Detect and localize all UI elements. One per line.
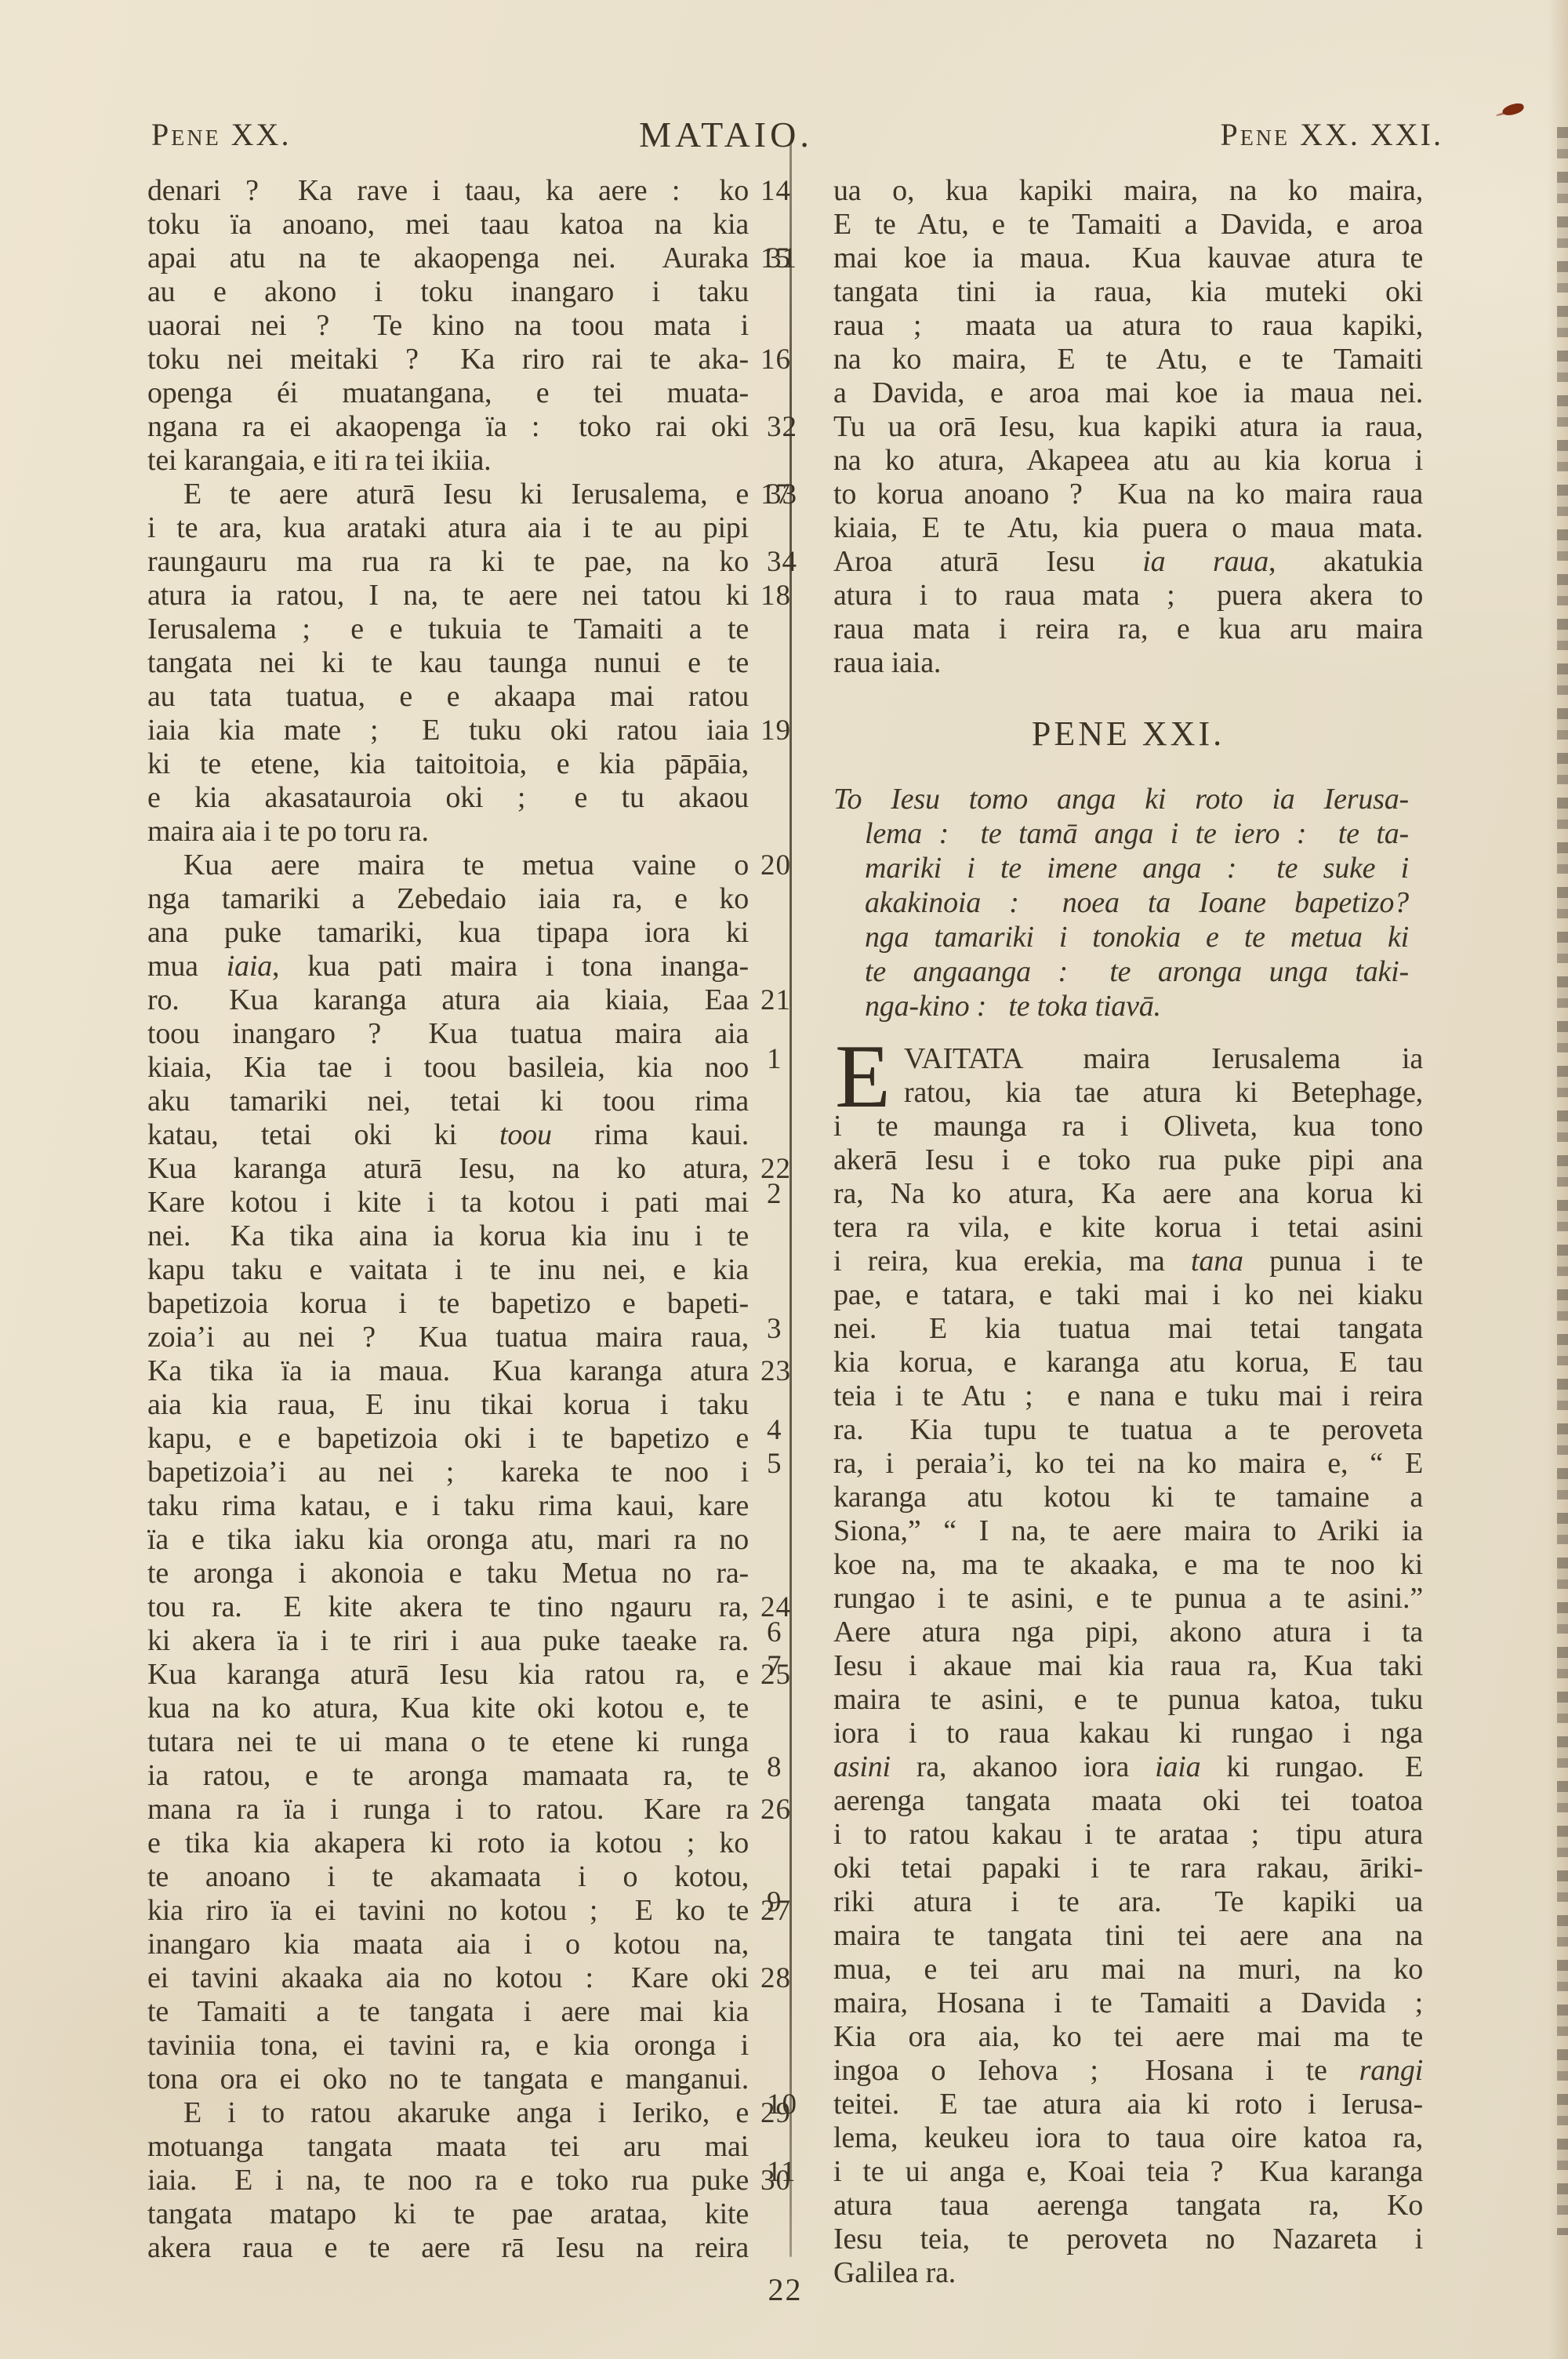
text-line: oki tetai papaki i te rara rakau, āriki- (833, 1852, 1423, 1885)
text-line: 26mana ra ïa i runga i to ratou. Kare ra (147, 1793, 749, 1826)
text-line: tona ora ei oko no te tangata e manganui… (147, 2063, 749, 2096)
text-line: i reira, kua erekia, ma tana punua i te (833, 1245, 1423, 1278)
text-line: mua, e tei aru mai na muri, na ko (833, 1953, 1423, 1986)
verse-number: 16 (760, 343, 815, 376)
text-line: tei karangaia, e iti ra tei ikiia. (147, 444, 749, 478)
text-line: katau, tetai oki ki toou rima kaui. (147, 1118, 749, 1152)
verse-number: 32 (767, 410, 829, 444)
text-line: ngana ra ei akaopenga ïa : toko rai oki (147, 410, 749, 444)
verse-number: 21 (760, 983, 815, 1017)
text-line: Kia ora aia, ko tei aere mai ma te (833, 2020, 1423, 2054)
text-line: 31mai koe ia maua. Kua kauvae atura te (833, 242, 1423, 275)
left-column-text: 14denari ? Ka rave i taau, ka aere : kot… (147, 174, 749, 2265)
text-line: e tika kia akapera ki roto ia kotou ; ko (147, 1826, 749, 1860)
text-line: kiaia, E te Atu, kia puera o maua mata. (833, 511, 1423, 545)
text-line: 9riki atura i te ara. Te kapiki ua (833, 1885, 1423, 1919)
text-line: te aronga i akonoia e taku Metua no ra- (147, 1557, 749, 1590)
verse-number: 5 (767, 1447, 829, 1481)
red-ink-speck (1501, 102, 1525, 117)
text-line: aerenga tangata maata oki tei toatoa (833, 1784, 1423, 1818)
text-line: inangaro kia maata aia i o kotou na, (147, 1928, 749, 1961)
text-line: ana puke tamariki, kua tipapa iora ki (147, 916, 749, 950)
verse-number: 10 (767, 2088, 829, 2121)
text-line: pae, e tatara, e taki mai i ko nei kiaku (833, 1278, 1423, 1312)
verse-number: 7 (767, 1649, 829, 1683)
text-line: nga tamariki i tonokia e te metua ki (833, 920, 1409, 954)
text-line: lema, keukeu iora to taua oire katoa ra, (833, 2121, 1423, 2155)
verse-number: 19 (760, 714, 815, 747)
text-line: aku tamariki nei, tetai ki toou rima (147, 1085, 749, 1118)
text-line: Iesu teia, te peroveta no Nazareta i (833, 2223, 1423, 2256)
text-line: akera raua e te aere rā Iesu na reira (147, 2231, 749, 2265)
text-line: To Iesu tomo anga ki roto ia Ierusa- (833, 782, 1409, 816)
verse-number: 11 (767, 2155, 829, 2189)
text-line: kapu, e e bapetizoia oki i te bapetizo e (147, 1422, 749, 1456)
text-line: 34Aroa aturā Iesu ia raua, akatukia (833, 545, 1423, 579)
verse-number: 6 (767, 1616, 829, 1649)
text-line: motuanga tangata maata tei aru mai (147, 2130, 749, 2164)
text-line: 7Iesu i akaue mai kia raua ra, Kua taki (833, 1649, 1423, 1683)
text-line: E te Atu, e te Tamaiti a Davida, e aroa (833, 208, 1423, 242)
text-line: a Davida, e aroa mai koe ia maua nei. (833, 376, 1423, 410)
text-line: tera ra vila, e kite korua i tetai asini (833, 1211, 1423, 1245)
text-line: Ierusalema ; e e tukuia te Tamaiti a te (147, 612, 749, 646)
text-line: nga-kino : te toka tiavā. (833, 989, 1409, 1023)
text-line: 33to korua anoano ? Kua na ko maira raua (833, 478, 1423, 511)
text-line: mua iaia, kua pati maira i tona inanga- (147, 950, 749, 983)
verse-number: 33 (767, 478, 829, 511)
text-line: 5ra, i peraia’i, ko tei na ko maira e, “… (833, 1447, 1423, 1481)
text-line: 14denari ? Ka rave i taau, ka aere : ko (147, 174, 749, 208)
verse-number: 34 (767, 545, 829, 579)
chapter-heading: PENE XXI. (833, 714, 1423, 758)
verse-number: 4 (767, 1413, 829, 1447)
text-line: karanga atu kotou ki te tamaine a (833, 1481, 1423, 1514)
text-line: i te maunga ra i Oliveta, kua tono (833, 1110, 1423, 1143)
running-head-title: MATAIO. (639, 116, 813, 154)
text-line: 15apai atu na te akaopenga nei. Auraka (147, 242, 749, 275)
text-line: zoia’i au nei ? Kua tuatua maira raua, (147, 1321, 749, 1354)
text-line: na ko maira, E te Atu, e te Tamaiti (833, 343, 1423, 376)
verse-number: 31 (767, 242, 829, 275)
text-line: bapetizoia korua i te bapetizo e bapeti- (147, 1287, 749, 1321)
running-head-left: Pene XX. (151, 116, 291, 154)
verse-number: 14 (760, 174, 815, 208)
text-line: 28ei tavini akaaka aia no kotou : Kare o… (147, 1961, 749, 1995)
text-line: mariki i te imene anga : te suke i (833, 851, 1409, 885)
text-line: ïa e tika iaku kia oronga atu, mari ra n… (147, 1523, 749, 1557)
text-line: ki te etene, kia taitoitoia, e kia pāpāi… (147, 747, 749, 781)
text-line: taku rima katau, e i taku rima kaui, kar… (147, 1489, 749, 1523)
text-line: 20Kua aere maira te metua vaine o (147, 849, 749, 882)
text-line: akakinoia : noea ta Ioane bapetizo? (833, 885, 1409, 920)
text-line: na ko atura, Akapeea atu au kia korua i (833, 444, 1423, 478)
verse-number: 26 (760, 1793, 815, 1826)
verse-number: 9 (767, 1885, 829, 1919)
verse-number: 28 (760, 1961, 815, 1995)
text-line: i te ara, kua arataki atura aia i te au … (147, 511, 749, 545)
text-line: maira aia i te po toru ra. (147, 815, 749, 849)
right-column-text-part1: ua o, kua kapiki maira, na ko maira,E te… (833, 174, 1423, 680)
text-line: koe na, ma te akaaka, e ma te noo ki (833, 1548, 1423, 1582)
scanned-page: Pene XX. MATAIO. Pene XX. XXI. 14denari … (0, 0, 1568, 2359)
text-line: au tata tuatua, e e akaapa mai ratou (147, 680, 749, 714)
text-line: rungao i te asini, e te punua a te asini… (833, 1582, 1423, 1616)
text-line: 19iaia kia mate ; E tuku oki ratou iaia (147, 714, 749, 747)
text-line: au e akono i toku inangaro i taku (147, 275, 749, 309)
text-line: 23Ka tika ïa ia maua. Kua karanga atura (147, 1354, 749, 1388)
page-edge-marks (1557, 118, 1568, 2235)
text-line: tangata nei ki te kau taunga nunui e te (147, 646, 749, 680)
text-line: 6Aere atura nga pipi, akono atura i ta (833, 1616, 1423, 1649)
text-line: te anoano i te akamaata i o kotou, (147, 1860, 749, 1894)
text-line: toou inangaro ? Kua tuatua maira aia (147, 1017, 749, 1051)
text-line: kapu taku e vaitata i te inu nei, e kia (147, 1253, 749, 1287)
text-line: taviniia tona, ei tavini ra, e kia orong… (147, 2029, 749, 2063)
text-line: tangata matapo ki te pae arataa, kite (147, 2197, 749, 2231)
text-line: kiaia, Kia tae i toou basileia, kia noo (147, 1051, 749, 1085)
text-line: ua o, kua kapiki maira, na ko maira, (833, 174, 1423, 208)
text-line: Kare kotou i kite i ta kotou i pati mai (147, 1186, 749, 1219)
text-line: raua ; maata ua atura to raua kapiki, (833, 309, 1423, 343)
text-line: atura taua aerenga tangata ra, Ko (833, 2189, 1423, 2223)
text-line: 21ro. Kua karanga atura aia kiaia, Eaa (147, 983, 749, 1017)
text-line: iora i to raua kakau ki rungao i nga (833, 1717, 1423, 1750)
verse-number: 20 (760, 849, 815, 882)
verse-number: 23 (760, 1354, 815, 1388)
text-line: 3nei. E kia tuatua mai tetai tangata (833, 1312, 1423, 1346)
text-line: teia i te Atu ; e nana e tuku mai i reir… (833, 1379, 1423, 1413)
text-line: 24tou ra. E kite akera te tino ngauru ra… (147, 1590, 749, 1624)
text-line: openga éi muatangana, e tei muata- (147, 376, 749, 410)
verse-number: 8 (767, 1750, 829, 1784)
text-line: 27kia riro ïa ei tavini no kotou ; E ko … (147, 1894, 749, 1928)
text-line: 16toku nei meitaki ? Ka riro rai te aka- (147, 343, 749, 376)
text-line: atura i to raua mata ; puera akera to (833, 579, 1423, 612)
text-line: bapetizoia’i au nei ; kareka te noo i (147, 1456, 749, 1489)
running-head-right: Pene XX. XXI. (1220, 116, 1443, 154)
text-line: te angaanga : te aronga unga taki- (833, 954, 1409, 989)
verse-number: 18 (760, 579, 815, 612)
right-column: ua o, kua kapiki maira, na ko maira,E te… (833, 174, 1423, 2290)
text-line: raungauru ma rua ra ki te pae, na ko (147, 545, 749, 579)
verse-number: 3 (767, 1312, 829, 1346)
verse-number: 1 (767, 1042, 829, 1076)
text-line: maira, Hosana i te Tamaiti a Davida ; (833, 1986, 1423, 2020)
text-line: 8asini ra, akanoo iora iaia ki rungao. E (833, 1750, 1423, 1784)
text-line: 17E te aere aturā Iesu ki Ierusalema, e (147, 478, 749, 511)
text-line: aia kia raua, E inu tikai korua i taku (147, 1388, 749, 1422)
text-line: 1VAITATA maira Ierusalema ia (833, 1042, 1423, 1076)
text-line: ia ratou, e te aronga mamaata ra, te (147, 1759, 749, 1793)
text-line: uaorai nei ? Te kino na toou mata i (147, 309, 749, 343)
text-line: nga tamariki a Zebedaio iaia ra, e ko (147, 882, 749, 916)
text-line: ingoa o Iehova ; Hosana i te rangi (833, 2054, 1423, 2088)
text-line: kia korua, e karanga atu korua, E tau (833, 1346, 1423, 1379)
text-line: ratou, kia tae atura ki Betephage, (833, 1076, 1423, 1110)
text-line: 11i te ui anga e, Koai teia ? Kua karang… (833, 2155, 1423, 2189)
verse-number: 2 (767, 1177, 829, 1211)
text-line: e kia akasatauroia oki ; e tu akaou (147, 781, 749, 815)
text-line: lema : te tamā anga i te iero : te ta- (833, 816, 1409, 851)
text-line: maira te asini, e te punua katoa, tuku (833, 1683, 1423, 1717)
text-line: kua na ko atura, Kua kite oki kotou e, t… (147, 1692, 749, 1725)
text-line: te Tamaiti a te tangata i aere mai kia (147, 1995, 749, 2029)
right-column-text-part2: E 1VAITATA maira Ierusalema iaratou, kia… (833, 1042, 1423, 2290)
chapter-summary: To Iesu tomo anga ki roto ia Ierusa-lema… (833, 782, 1423, 1023)
text-line: maira te tangata tini tei aere ana na (833, 1919, 1423, 1953)
text-line: raua iaia. (833, 646, 1423, 680)
text-line: toku ïa anoano, mei taau katoa na kia (147, 208, 749, 242)
text-line: nei. Ka tika aina ia korua kia inu i te (147, 1219, 749, 1253)
text-line: Siona,” “ I na, te aere maira to Ariki i… (833, 1514, 1423, 1548)
text-line: tangata tini ia raua, kia muteki oki (833, 275, 1423, 309)
page-number: 22 (147, 2271, 1423, 2308)
text-line: raua mata i reira ra, e kua aru maira (833, 612, 1423, 646)
text-line: akerā Iesu i e toko rua puke pipi ana (833, 1143, 1423, 1177)
text-line: tutara nei te ui mana o te etene ki rung… (147, 1725, 749, 1759)
text-line: 4ra. Kia tupu te tuatua a te peroveta (833, 1413, 1423, 1447)
text-line: 32Tu ua orā Iesu, kua kapiki atura ia ra… (833, 410, 1423, 444)
text-line: 29E i to ratou akaruke anga i Ieriko, e (147, 2096, 749, 2130)
text-line: 30iaia. E i na, te noo ra e toko rua puk… (147, 2164, 749, 2197)
text-line: 18atura ia ratou, I na, te aere nei tato… (147, 579, 749, 612)
text-line: 22Kua karanga aturā Iesu, na ko atura, (147, 1152, 749, 1186)
text-line: i to ratou kakau i te arataa ; tipu atur… (833, 1818, 1423, 1852)
text-line: 25Kua karanga aturā Iesu kia ratou ra, e (147, 1658, 749, 1692)
text-line: ki akera ïa i te riri i aua puke taeake … (147, 1624, 749, 1658)
text-line: 10teitei. E tae atura aia ki roto i Ieru… (833, 2088, 1423, 2121)
text-line: 2ra, Na ko atura, Ka aere ana korua ki (833, 1177, 1423, 1211)
